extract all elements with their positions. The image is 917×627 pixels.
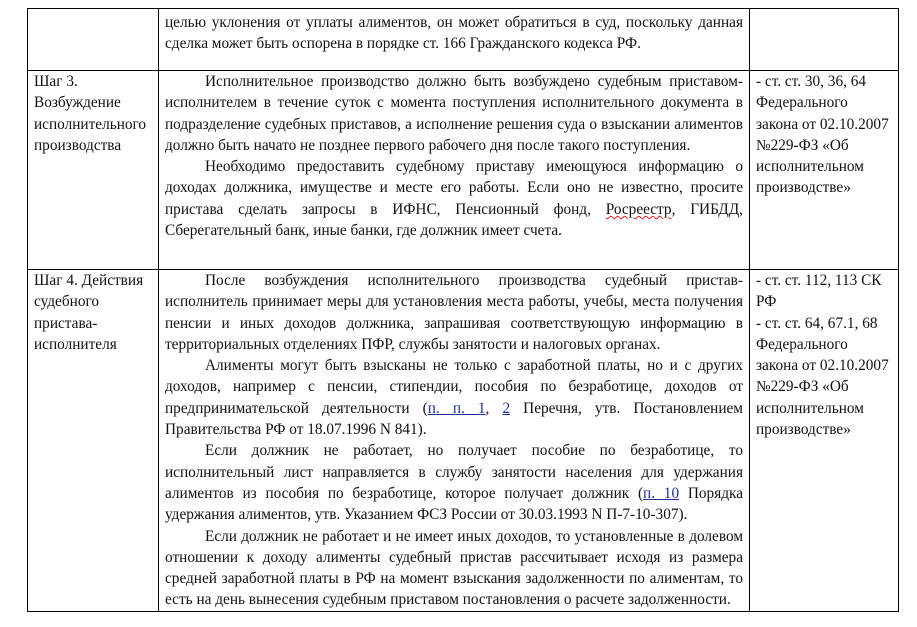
references-cell: - ст. ст. 112, 113 СК РФ - ст. ст. 64, 6… bbox=[750, 270, 899, 612]
description-cell: целью уклонения от уплаты алиментов, он … bbox=[159, 9, 750, 71]
link-p-10[interactable]: п. 10 bbox=[643, 485, 679, 502]
step-cell: Шаг 4. Действия судебного пристава-испол… bbox=[28, 270, 159, 612]
paragraph: Исполнительное производство должно быть … bbox=[165, 71, 743, 156]
description-cell: После возбуждения исполнительного произв… bbox=[159, 270, 750, 612]
paragraph: Если должник не работает и не имеет иных… bbox=[165, 526, 743, 611]
table-row: целью уклонения от уплаты алиментов, он … bbox=[28, 9, 899, 71]
step-cell: Шаг 3. Возбуждение исполнительного произ… bbox=[28, 71, 159, 270]
link-p-2[interactable]: 2 bbox=[502, 400, 510, 417]
step-cell bbox=[28, 9, 159, 71]
paragraph: Алименты могут быть взысканы не только с… bbox=[165, 355, 743, 440]
link-pp-1[interactable]: п. п. 1 bbox=[428, 400, 486, 417]
paragraph: Если должник не работает, но получает по… bbox=[165, 440, 743, 525]
reference-item: - ст. ст. 30, 36, 64 Федерального закона… bbox=[756, 71, 892, 199]
paragraph: После возбуждения исполнительного произв… bbox=[165, 270, 743, 355]
reference-item: - ст. ст. 64, 67.1, 68 Федерального зако… bbox=[756, 313, 892, 441]
spellcheck-flagged-word[interactable]: Росреестр bbox=[606, 201, 672, 218]
description-cell: Исполнительное производство должно быть … bbox=[159, 71, 750, 270]
reference-item: - ст. ст. 112, 113 СК РФ bbox=[756, 270, 892, 313]
table-row: Шаг 3. Возбуждение исполнительного произ… bbox=[28, 71, 899, 270]
legal-steps-table: целью уклонения от уплаты алиментов, он … bbox=[27, 8, 899, 612]
references-cell bbox=[750, 9, 899, 71]
text: , bbox=[486, 400, 503, 417]
paragraph: целью уклонения от уплаты алиментов, он … bbox=[165, 12, 743, 55]
table-row: Шаг 4. Действия судебного пристава-испол… bbox=[28, 270, 899, 612]
references-cell: - ст. ст. 30, 36, 64 Федерального закона… bbox=[750, 71, 899, 270]
paragraph: Необходимо предоставить судебному приста… bbox=[165, 156, 743, 241]
